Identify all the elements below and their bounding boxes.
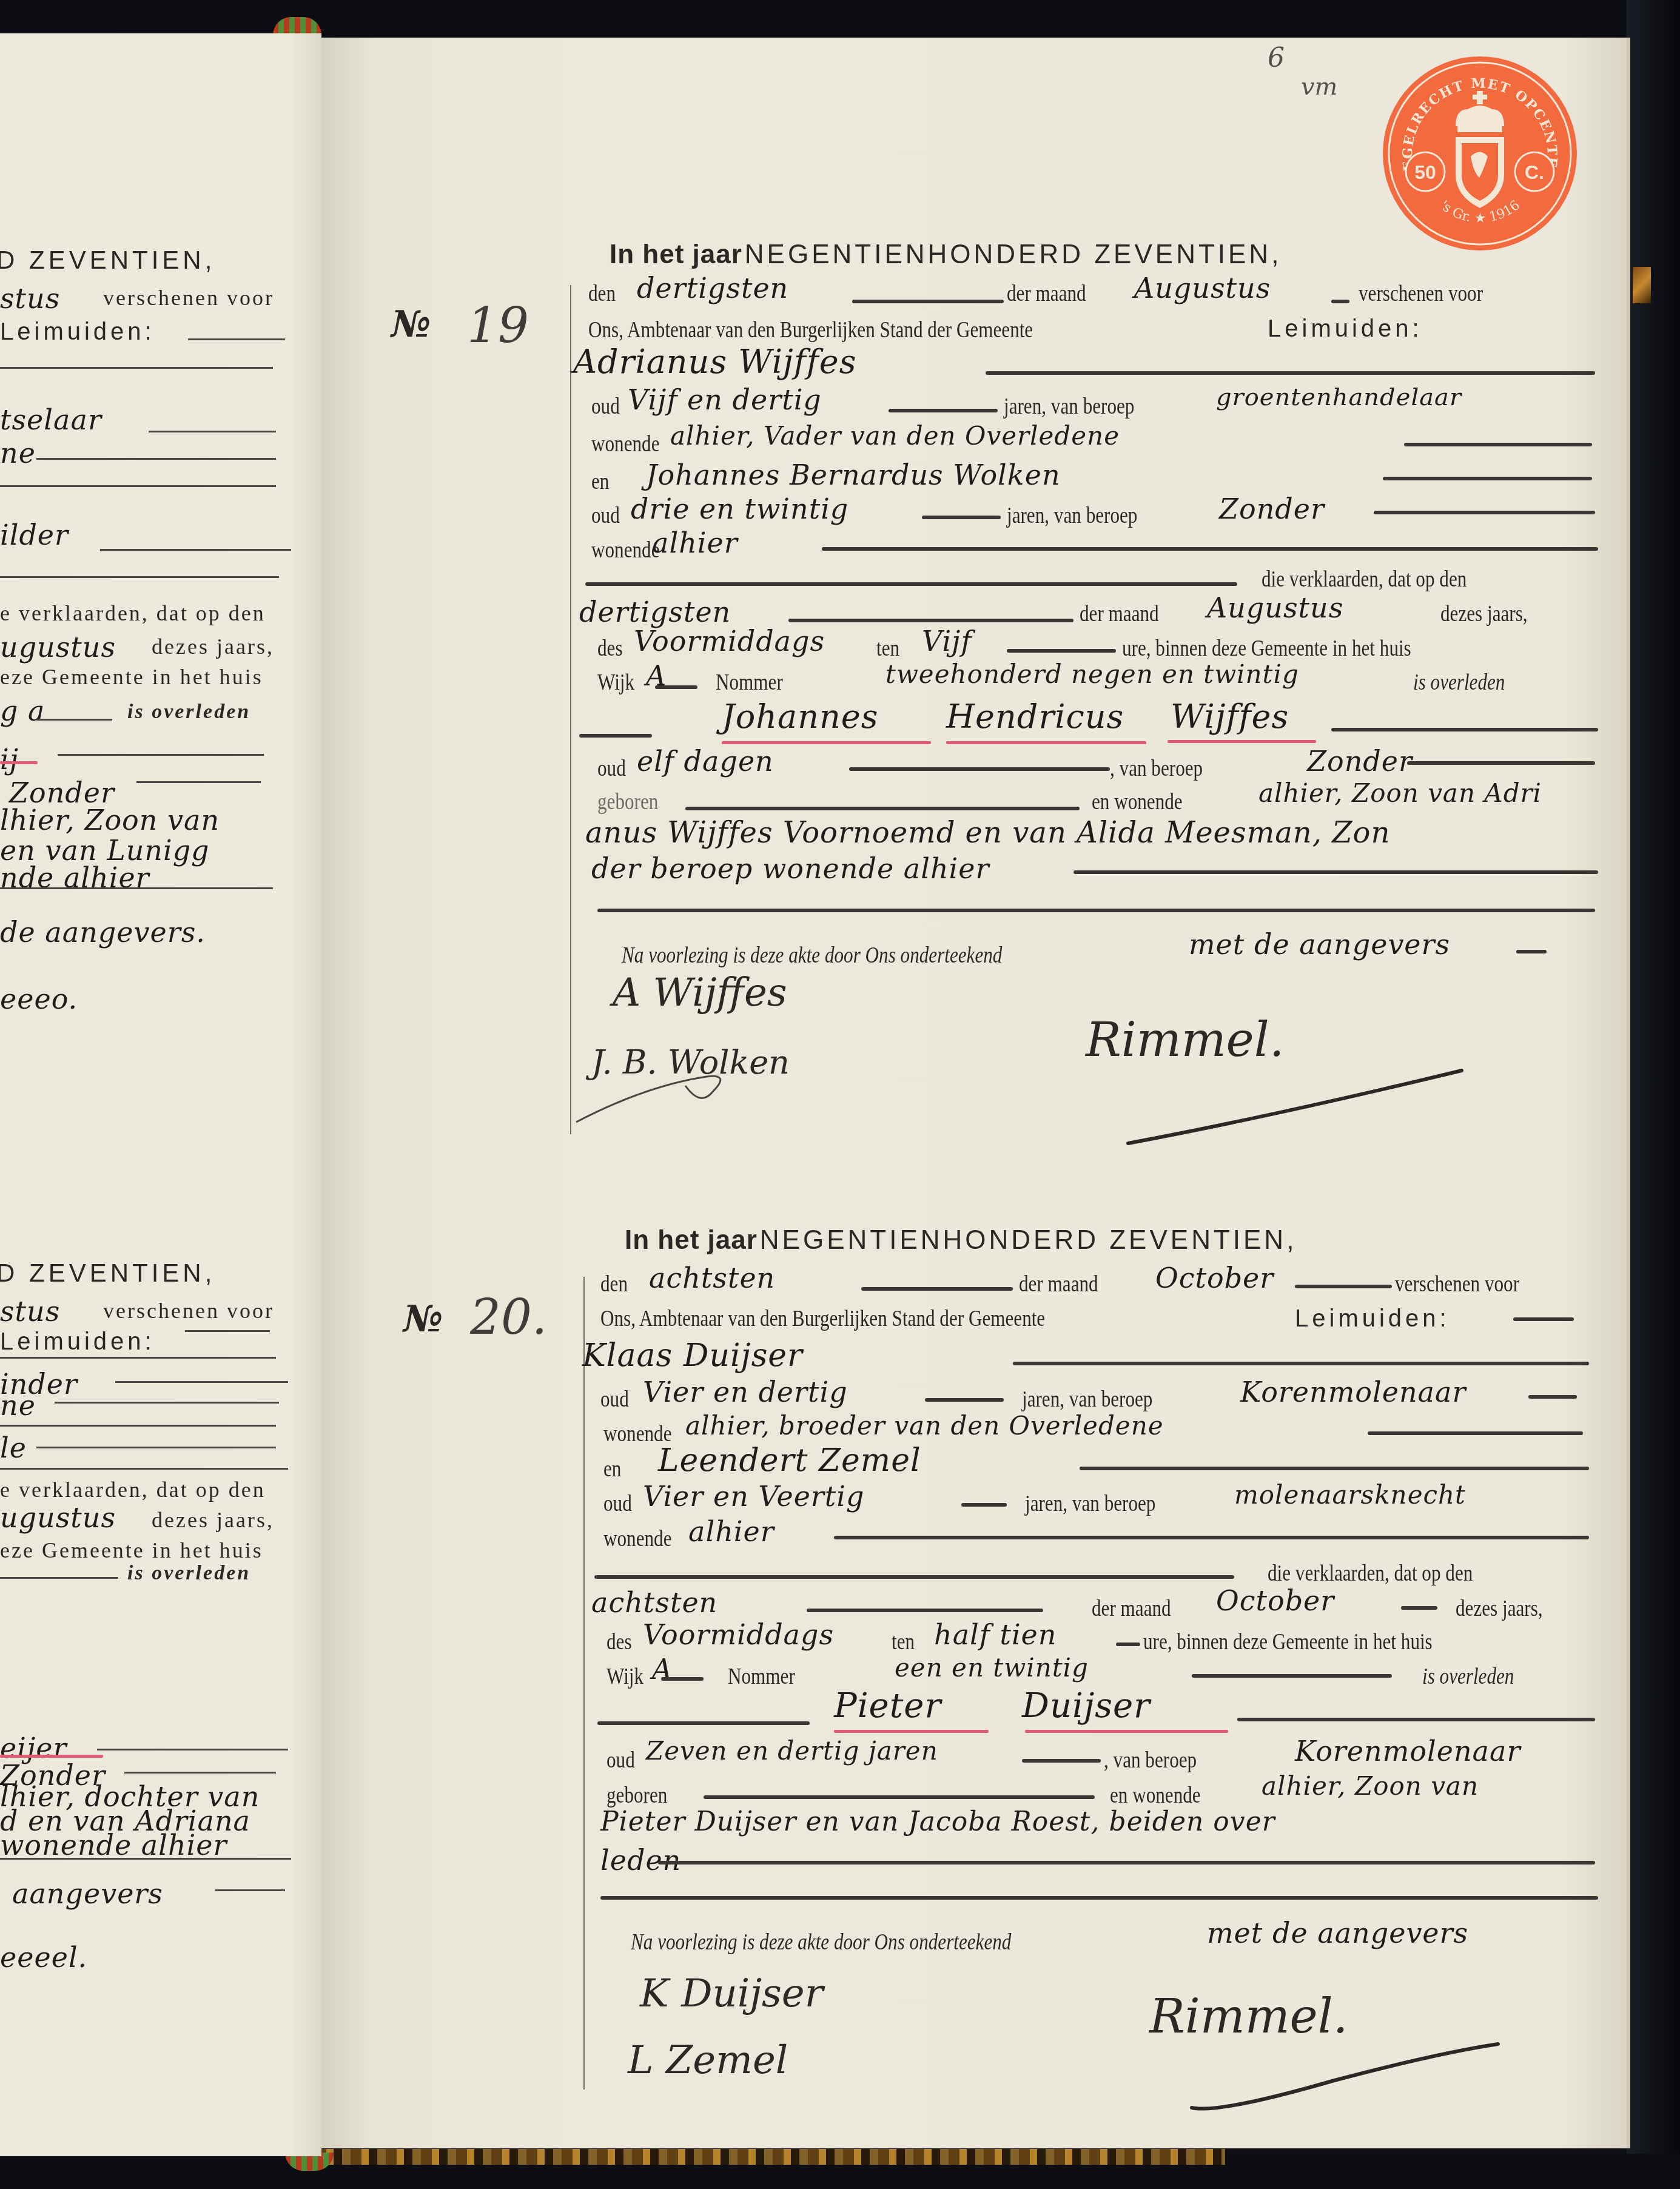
deceased-residence-1: alhier, Zoon van Adri — [1258, 778, 1542, 808]
label-den: den — [588, 280, 616, 307]
left-verklaarden: e verklaarden, dat op den — [0, 600, 266, 626]
record-number: 19 — [467, 297, 529, 354]
signature-declarant2: L Zemel — [628, 2038, 788, 2083]
field-day: dertigsten — [637, 272, 788, 304]
declarant2-occupation: Zonder — [1219, 493, 1325, 525]
rule — [579, 734, 652, 738]
label-dezes-jaars: dezes jaars, — [1440, 600, 1528, 627]
rule — [849, 767, 1110, 771]
deceased-residence-2: Pieter Duijser en van Jacoba Roest, beid… — [600, 1806, 1275, 1837]
rule — [1513, 1317, 1574, 1321]
number-sign-icon: № — [403, 1298, 443, 1340]
signature-declarant1: K Duijser — [640, 1971, 823, 2016]
declarant2-residence: alhier — [688, 1515, 774, 1548]
left-dezes-jaars: dezes jaars, — [152, 634, 274, 659]
rule — [658, 1861, 1595, 1865]
signature-official: Rimmel. — [1149, 1989, 1348, 2044]
rule — [1368, 1431, 1583, 1435]
left-gemeente: Leimuiden: — [0, 318, 155, 346]
intro-line: In het jaar NEGENTIENHONDERD ZEVENTIEN, — [610, 240, 1282, 270]
underline-red — [946, 741, 1146, 744]
rule — [1295, 1285, 1392, 1288]
rule — [0, 1577, 118, 1579]
label-des: des — [606, 1629, 632, 1655]
intro-text: In het jaar — [625, 1225, 758, 1255]
gemeente: Leimuiden: — [1295, 1305, 1450, 1333]
left-gemeente-line: eze Gemeente in het huis — [0, 664, 263, 690]
label-oud: oud — [591, 393, 620, 420]
rule — [597, 909, 1595, 912]
left-is-overleden-2: is overleden — [127, 1562, 250, 1585]
underline-red — [0, 1755, 103, 1758]
label-nommer: Nommer — [728, 1663, 795, 1690]
rule — [1383, 477, 1592, 480]
rule — [986, 371, 1595, 375]
label-wijk: Wijk — [606, 1663, 643, 1690]
label-en: en — [603, 1456, 621, 1482]
rule — [58, 754, 264, 756]
label-geboren: geboren — [597, 789, 658, 815]
rule — [0, 1357, 276, 1359]
deceased-middle-name: Hendricus — [946, 698, 1124, 736]
label-wonende: wonende — [591, 537, 659, 563]
declarant1-age: Vier en dertig — [643, 1376, 848, 1408]
rule — [0, 1425, 276, 1427]
year-text: NEGENTIENHONDERD ZEVENTIEN, — [760, 1225, 1297, 1255]
rule — [100, 549, 291, 551]
left-signature-2: eeeel. — [0, 1941, 87, 1974]
hour: Vijf — [922, 625, 972, 657]
declarant2-age: drie en twintig — [631, 493, 848, 525]
deceased-residence-3: der beroep wonende alhier — [591, 852, 989, 885]
left-year-tail: D ZEVENTIEN, — [0, 246, 215, 275]
label-wonende: wonende — [603, 1525, 671, 1552]
signature-declarant1: A Wijffes — [613, 970, 787, 1015]
rule — [788, 619, 1074, 622]
rule — [1528, 1395, 1577, 1399]
hour: half tien — [934, 1618, 1057, 1651]
label-ambtenaar: Ons, Ambtenaar van den Burgerlijken Stan… — [600, 1305, 1045, 1332]
revenue-stamp: ZEGELRECHT MET OPCENTEN 50 C. 's Gr. ★ 1… — [1380, 53, 1580, 254]
label-jaren-beroep: jaren, van beroep — [1007, 502, 1137, 529]
deceased-occupation: Korenmolenaar — [1295, 1735, 1520, 1767]
label-na-voorlezing: Na voorlezing is deze akte door Ons onde… — [631, 1929, 1011, 1955]
closing-phrase: met de aangevers — [1189, 928, 1450, 961]
rule — [1516, 950, 1547, 953]
year-text: NEGENTIENHONDERD ZEVENTIEN, — [745, 240, 1282, 269]
field-day: achtsten — [649, 1262, 775, 1294]
label-des: des — [597, 635, 623, 662]
left-line3-2: le — [0, 1431, 27, 1464]
rule — [55, 1402, 279, 1404]
rule — [36, 1447, 276, 1448]
signature-official: Rimmel. — [1086, 1013, 1285, 1068]
margin-rule — [583, 1277, 585, 2090]
label-jaren-beroep: jaren, van beroep — [1004, 393, 1134, 420]
label-ten: ten — [892, 1629, 915, 1655]
signature-flourish — [573, 1049, 755, 1134]
label-van-beroep: , van beroep — [1104, 1747, 1197, 1774]
label-en-wonende: en wonende — [1092, 789, 1183, 815]
label-verschenen: verschenen voor — [1359, 280, 1483, 307]
rule — [655, 685, 697, 689]
deceased-first-name: Johannes — [722, 698, 878, 736]
rule — [1407, 761, 1595, 765]
left-house: g a — [0, 694, 45, 727]
label-jaren-beroep: jaren, van beroep — [1022, 1386, 1152, 1413]
signature-underline — [1183, 2038, 1510, 2117]
rule — [661, 1677, 704, 1681]
rule — [685, 807, 1080, 810]
deceased-occupation: Zonder — [1307, 745, 1413, 778]
rule — [1331, 728, 1598, 731]
left-is-overleden: is overleden — [127, 701, 250, 724]
rule — [922, 516, 1001, 519]
underline-red — [1168, 740, 1316, 743]
field-month: Augustus — [1134, 272, 1271, 304]
stamp-seal-icon: ZEGELRECHT MET OPCENTEN 50 C. 's Gr. ★ 1… — [1380, 53, 1580, 254]
left-gemeente-2: Leimuiden: — [0, 1328, 155, 1356]
left-res3-2: wonende alhier — [0, 1829, 227, 1861]
left-month2-2: ugustus — [0, 1501, 116, 1534]
underline-red — [722, 741, 931, 744]
label-is-overleden: is overleden — [1413, 669, 1505, 696]
label-na-voorlezing: Na voorlezing is deze akte door Ons onde… — [622, 942, 1002, 969]
rule — [149, 431, 276, 432]
rule — [136, 781, 261, 783]
svg-text:C.: C. — [1525, 161, 1544, 183]
declarant2-name: Johannes Bernardus Wolken — [646, 459, 1061, 491]
rule — [0, 485, 276, 487]
label-oud: oud — [606, 1747, 635, 1774]
rule — [36, 458, 276, 460]
rule — [852, 300, 1004, 303]
left-occupation2: ilder — [0, 519, 69, 551]
deceased-residence-1: alhier, Zoon van — [1262, 1771, 1479, 1801]
deceased-residence-2: anus Wijffes Voornoemd en van Alida Mees… — [585, 816, 1390, 850]
rule — [185, 1330, 270, 1332]
left-page: D ZEVENTIEN, stus verschenen voor Leimui… — [0, 33, 321, 2156]
corner-note-2: vm — [1301, 73, 1338, 101]
marble-edge — [1633, 267, 1651, 303]
declarant2-age: Vier en Veertig — [643, 1480, 865, 1513]
underline-red — [834, 1730, 989, 1733]
rule — [215, 1889, 285, 1891]
label-der-maand: der maand — [1092, 1595, 1171, 1622]
left-res1: lhier, Zoon van — [0, 804, 220, 836]
rule — [889, 409, 998, 412]
label-oud: oud — [603, 1490, 632, 1517]
label-dezes-jaars: dezes jaars, — [1456, 1595, 1543, 1622]
declarant2-residence: alhier — [652, 526, 738, 559]
rule — [1374, 511, 1595, 514]
death-day: dertigsten — [579, 596, 731, 628]
label-wijk: Wijk — [597, 669, 634, 696]
rule — [0, 1468, 288, 1470]
left-month-tail-2: stus — [0, 1295, 60, 1328]
deceased-age: Zeven en dertig jaren — [646, 1736, 938, 1766]
deceased-first-name: Pieter — [834, 1686, 941, 1726]
declarant1-occupation: Korenmolenaar — [1240, 1376, 1466, 1408]
rule — [0, 1858, 291, 1860]
rule — [0, 367, 273, 369]
label-den: den — [600, 1271, 628, 1297]
margin-rule — [570, 285, 571, 1134]
left-dezes-jaars-2: dezes jaars, — [152, 1507, 274, 1533]
label-oud: oud — [597, 755, 626, 782]
label-en: en — [591, 468, 609, 495]
signature-underline — [1122, 1061, 1474, 1152]
deceased-surname: Duijser — [1022, 1686, 1151, 1726]
declarant2-occupation: molenaarsknecht — [1234, 1480, 1466, 1510]
book-cover-top — [0, 0, 1680, 38]
time-of-day: Voormiddags — [634, 625, 825, 657]
left-line2: ne — [0, 437, 36, 469]
label-geboren: geboren — [606, 1782, 667, 1809]
rule — [1237, 1718, 1595, 1721]
left-year-tail-2: D ZEVENTIEN, — [0, 1259, 215, 1288]
book-cover-right — [1627, 0, 1680, 2189]
label-ure-binnen: ure, binnen deze Gemeente in het huis — [1122, 635, 1411, 662]
label-ten: ten — [876, 635, 899, 662]
label-wonende: wonende — [591, 431, 659, 457]
declarant1-name: Adrianus Wijffes — [573, 343, 857, 381]
rule — [1116, 1643, 1140, 1646]
label-is-overleden: is overleden — [1422, 1663, 1514, 1690]
underline-red — [1025, 1730, 1228, 1733]
rule — [594, 1575, 1234, 1579]
rule — [600, 1896, 1598, 1900]
rule — [97, 1749, 288, 1750]
left-verklaarden-2: e verklaarden, dat op den — [0, 1477, 266, 1502]
declarant2-name: Leendert Zemel — [658, 1442, 921, 1479]
label-van-beroep: , van beroep — [1110, 755, 1203, 782]
declarant1-residence: alhier, broeder van den Overledene — [685, 1411, 1164, 1441]
rule — [807, 1609, 1043, 1612]
label-oud: oud — [591, 502, 620, 529]
left-verschenen-2: verschenen voor — [103, 1298, 274, 1323]
death-month: October — [1216, 1584, 1334, 1617]
left-line2-2: ne — [0, 1389, 36, 1422]
rule — [1192, 1674, 1392, 1678]
rule — [1404, 443, 1592, 446]
label-die-verklaarden: die verklaarden, dat op den — [1268, 1560, 1473, 1587]
left-closing-2: aangevers — [12, 1877, 163, 1910]
declarant1-name: Klaas Duijser — [582, 1337, 803, 1374]
label-en-wonende: en wonende — [1110, 1782, 1201, 1809]
left-gemeente-line-2: eze Gemeente in het huis — [0, 1538, 263, 1563]
rule — [115, 1381, 288, 1383]
label-die-verklaarden: die verklaarden, dat op den — [1262, 566, 1467, 593]
deceased-age: elf dagen — [637, 745, 774, 778]
rule — [961, 1503, 1007, 1507]
closing-phrase: met de aangevers — [1207, 1917, 1468, 1949]
left-closing: de aangevers. — [0, 916, 206, 949]
rule — [585, 582, 1237, 586]
corner-note-1: 6 — [1268, 42, 1285, 73]
time-of-day: Voormiddags — [643, 1618, 834, 1651]
record-number: 20. — [470, 1289, 547, 1345]
intro-text: In het jaar — [610, 240, 742, 269]
rule — [704, 1795, 1095, 1799]
declarant1-age: Vijf en dertig — [628, 383, 822, 416]
label-oud: oud — [600, 1386, 629, 1413]
rule — [0, 887, 273, 889]
rule — [925, 1398, 1004, 1402]
rule — [861, 1287, 1013, 1291]
intro-line: In het jaar NEGENTIENHONDERD ZEVENTIEN, — [625, 1225, 1297, 1256]
house-number: tweehonderd negen en twintig — [885, 659, 1299, 689]
declarant1-occupation: groentenhandelaar — [1216, 383, 1462, 411]
underline-red — [0, 761, 38, 764]
rule — [1401, 1606, 1437, 1610]
rule — [597, 1721, 810, 1725]
rule — [1074, 870, 1598, 874]
rule — [1331, 300, 1349, 303]
rule — [188, 338, 285, 340]
rule — [1080, 1467, 1589, 1470]
svg-text:50: 50 — [1414, 161, 1436, 183]
deceased-surname: Wijffes — [1171, 698, 1289, 736]
left-deceased: ij — [0, 743, 19, 776]
rule — [1013, 1362, 1589, 1365]
rule — [822, 547, 1598, 551]
label-ambtenaar: Ons, Ambtenaar van den Burgerlijken Stan… — [588, 317, 1033, 343]
house-number: een en twintig — [895, 1653, 1089, 1683]
label-ure-binnen: ure, binnen deze Gemeente in het huis — [1143, 1629, 1433, 1655]
number-sign-icon: № — [391, 303, 431, 346]
field-month: October — [1155, 1262, 1274, 1294]
declarant1-residence: alhier, Vader van den Overledene — [670, 421, 1120, 451]
gemeente: Leimuiden: — [1268, 315, 1423, 343]
label-jaren-beroep: jaren, van beroep — [1025, 1490, 1155, 1517]
left-verschenen: verschenen voor — [103, 285, 274, 311]
left-month-tail: stus — [0, 282, 60, 315]
deceased-residence-3: leden — [600, 1844, 681, 1877]
rule — [124, 1772, 276, 1774]
label-der-maand: der maand — [1007, 280, 1086, 307]
death-day: achtsten — [591, 1586, 717, 1619]
label-nommer: Nommer — [716, 669, 783, 696]
label-verschenen: verschenen voor — [1395, 1271, 1519, 1297]
left-month2: ugustus — [0, 631, 116, 664]
label-der-maand: der maand — [1080, 600, 1159, 627]
label-der-maand: der maand — [1019, 1271, 1098, 1297]
rule — [0, 576, 279, 578]
rule — [36, 719, 112, 721]
left-occupation1: tselaar — [0, 403, 102, 436]
rule — [834, 1536, 1589, 1539]
marble-strip — [315, 2149, 1225, 2165]
rule — [1007, 649, 1116, 653]
left-signature: eeeo. — [0, 983, 78, 1015]
rule — [1022, 1759, 1101, 1763]
death-month: Augustus — [1207, 591, 1343, 624]
